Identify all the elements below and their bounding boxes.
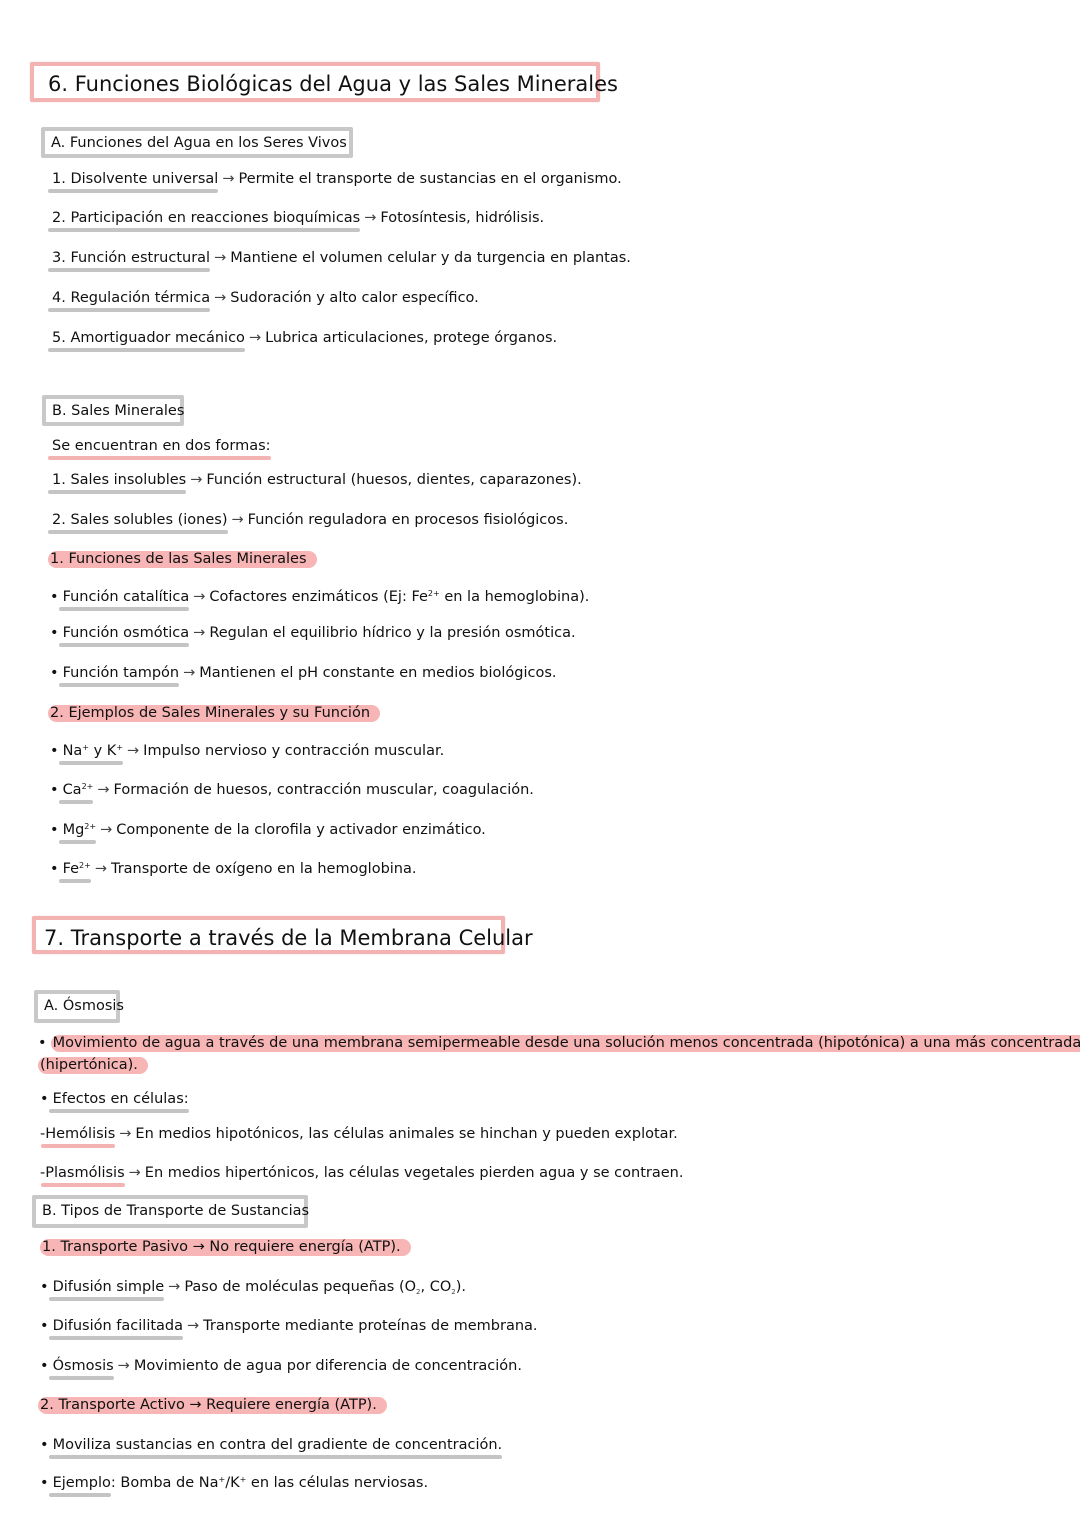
bullet-icon: • [38, 1035, 47, 1051]
term: Ejemplo [53, 1475, 111, 1491]
arrow-icon: → [129, 1165, 141, 1181]
term: Función catalítica [63, 589, 190, 605]
term: Plasmólisis [45, 1165, 124, 1181]
bullet-icon: • [50, 743, 59, 759]
list-item: •Difusión facilitada→Transporte mediante… [40, 1316, 538, 1336]
term: 2. Sales solubles (iones) [52, 512, 228, 528]
term: Difusión facilitada [53, 1318, 183, 1334]
term: Ósmosis [53, 1358, 114, 1374]
term: 3. Función estructural [52, 250, 210, 266]
term: Función tampón [63, 665, 180, 681]
list-item: •Fe2+→Transporte de oxígeno en la hemogl… [50, 856, 417, 879]
arrow-icon: → [193, 589, 205, 605]
list-item: •Ósmosis→Movimiento de agua por diferenc… [40, 1356, 522, 1376]
arrow-icon: → [222, 171, 234, 187]
list-item: -Hemólisis→En medios hipotónicos, las cé… [40, 1124, 678, 1144]
bullet-icon: • [50, 782, 59, 798]
term: Mg2+ [63, 822, 97, 838]
term: 2. Participación en reacciones bioquímic… [52, 210, 360, 226]
arrow-icon: → [97, 782, 109, 798]
arrow-icon: → [249, 330, 261, 346]
arrow-icon: → [168, 1279, 180, 1295]
term: Ca2+ [63, 782, 94, 798]
bullet-icon: • [40, 1318, 49, 1334]
list-item: 5. Amortiguador mecánico→Lubrica articul… [52, 328, 557, 348]
list-item: •Difusión simple→Paso de moléculas peque… [40, 1277, 466, 1302]
bullet-icon: • [50, 822, 59, 838]
list-item: 2. Participación en reacciones bioquímic… [52, 208, 544, 228]
bullet-icon: • [40, 1437, 49, 1453]
arrow-icon: → [183, 665, 195, 681]
list-item: -Plasmólisis→En medios hipertónicos, las… [40, 1163, 683, 1183]
arrow-icon: → [214, 290, 226, 306]
subsection-transport-types-title: B. Tipos de Transporte de Sustancias [32, 1195, 308, 1228]
list-item: 4. Regulación térmica→Sudoración y alto … [52, 288, 479, 308]
list-item: 2. Sales solubles (iones)→Función regula… [52, 510, 568, 530]
bullet-icon: • [50, 625, 59, 641]
examples-heading: 2. Ejemplos de Sales Minerales y su Func… [48, 703, 380, 723]
arrow-icon: → [95, 861, 107, 877]
subsection-water-functions-title: A. Funciones del Agua en los Seres Vivos [41, 127, 353, 158]
subsection-mineral-salts-title: B. Sales Minerales [42, 395, 184, 426]
list-item: 1. Sales insolubles→Función estructural … [52, 470, 582, 490]
bullet-icon: • [40, 1091, 49, 1107]
arrow-icon: → [118, 1358, 130, 1374]
subsection-osmosis-title: A. Ósmosis [34, 990, 120, 1023]
bullet-icon: • [40, 1358, 49, 1374]
list-item: •Función catalítica→Cofactores enzimátic… [50, 584, 589, 607]
active-transport-heading: 2. Transporte Activo → Requiere energía … [38, 1395, 387, 1415]
bullet-icon: • [40, 1475, 49, 1491]
section-6-title: 6. Funciones Biológicas del Agua y las S… [30, 62, 600, 102]
arrow-icon: → [100, 822, 112, 838]
arrow-icon: → [127, 743, 139, 759]
osmosis-definition: •Movimiento de agua a través de una memb… [38, 1033, 1080, 1053]
arrow-icon: → [364, 210, 376, 226]
term: Hemólisis [45, 1126, 115, 1142]
list-item: 1. Disolvente universal→Permite el trans… [52, 169, 622, 189]
bullet-icon: • [40, 1279, 49, 1295]
list-item: •Ca2+→Formación de huesos, contracción m… [50, 777, 534, 800]
arrow-icon: → [193, 625, 205, 641]
term: Na+ y K+ [63, 743, 123, 759]
arrow-icon: → [232, 512, 244, 528]
effects-heading: •Efectos en células: [40, 1089, 189, 1109]
list-item: •Na+ y K+→Impulso nervioso y contracción… [50, 738, 444, 761]
passive-transport-heading: 1. Transporte Pasivo → No requiere energ… [40, 1237, 411, 1257]
list-item: •Función tampón→Mantienen el pH constant… [50, 663, 557, 683]
intro-text: Se encuentran en dos formas: [52, 436, 271, 456]
functions-heading: 1. Funciones de las Sales Minerales [48, 549, 317, 569]
arrow-icon: → [119, 1126, 131, 1142]
section-7-title: 7. Transporte a través de la Membrana Ce… [32, 916, 505, 954]
term: Función osmótica [63, 625, 190, 641]
term: Difusión simple [53, 1279, 165, 1295]
list-item: 3. Función estructural→Mantiene el volum… [52, 248, 631, 268]
list-item: •Mg2+→Componente de la clorofila y activ… [50, 817, 486, 840]
arrow-icon: → [214, 250, 226, 266]
term: 1. Disolvente universal [52, 171, 218, 187]
term: 5. Amortiguador mecánico [52, 330, 245, 346]
bullet-icon: • [50, 665, 59, 681]
list-item: •Moviliza sustancias en contra del gradi… [40, 1435, 502, 1455]
term: 1. Sales insolubles [52, 472, 186, 488]
term: Fe2+ [63, 861, 91, 877]
list-item: •Ejemplo: Bomba de Na+/K+ en las células… [40, 1470, 428, 1493]
bullet-icon: • [50, 589, 59, 605]
term: 4. Regulación térmica [52, 290, 210, 306]
list-item: •Función osmótica→Regulan el equilibrio … [50, 623, 576, 643]
bullet-icon: • [50, 861, 59, 877]
arrow-icon: → [190, 472, 202, 488]
arrow-icon: → [187, 1318, 199, 1334]
osmosis-definition-cont: (hipertónica). [38, 1055, 148, 1075]
